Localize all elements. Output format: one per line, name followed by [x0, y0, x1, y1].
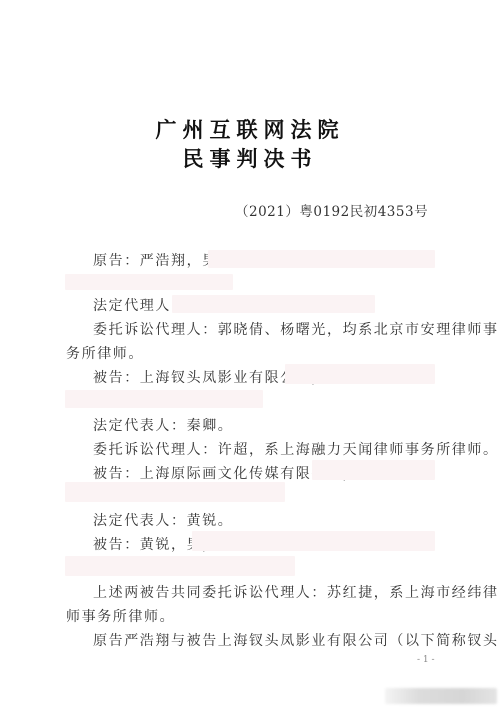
joint-agent-line-cont: 师事务所律师。	[66, 606, 175, 626]
case-number: （2021）粤0192民初4353号	[235, 200, 428, 220]
plaintiff-agent-line-cont: 务所律师。	[66, 343, 144, 363]
blurred-watermark	[385, 688, 497, 704]
redaction-bar	[65, 274, 233, 290]
defendant2-rep-line: 法定代表人：黄锐。	[93, 510, 233, 530]
redaction-bar	[285, 364, 435, 384]
page-number: - 1 -	[417, 655, 435, 665]
defendant1-agent-line: 委托诉讼代理人：许超，系上海融力天闻律师事务所律师。	[93, 439, 499, 459]
document-type: 民事判决书	[0, 143, 500, 173]
redaction-bar	[208, 250, 435, 268]
redaction-bar	[65, 390, 263, 408]
plaintiff-agent-line: 委托诉讼代理人：郭晓倩、杨曙光，均系北京市安理律师事	[93, 319, 499, 339]
redaction-bar	[312, 460, 435, 480]
redaction-bar	[65, 556, 295, 576]
redaction-bar	[65, 482, 285, 502]
joint-agent-line: 上述两被告共同委托诉讼代理人：苏红捷，系上海市经纬律	[93, 582, 499, 602]
court-name: 广州互联网法院	[0, 114, 500, 144]
redaction-bar	[172, 295, 375, 313]
defendant1-rep-line: 法定代表人：秦卿。	[93, 415, 233, 435]
redaction-bar	[192, 531, 435, 551]
case-summary-line: 原告严浩翔与被告上海钗头凤影业有限公司（以下简称钗头	[93, 630, 499, 650]
